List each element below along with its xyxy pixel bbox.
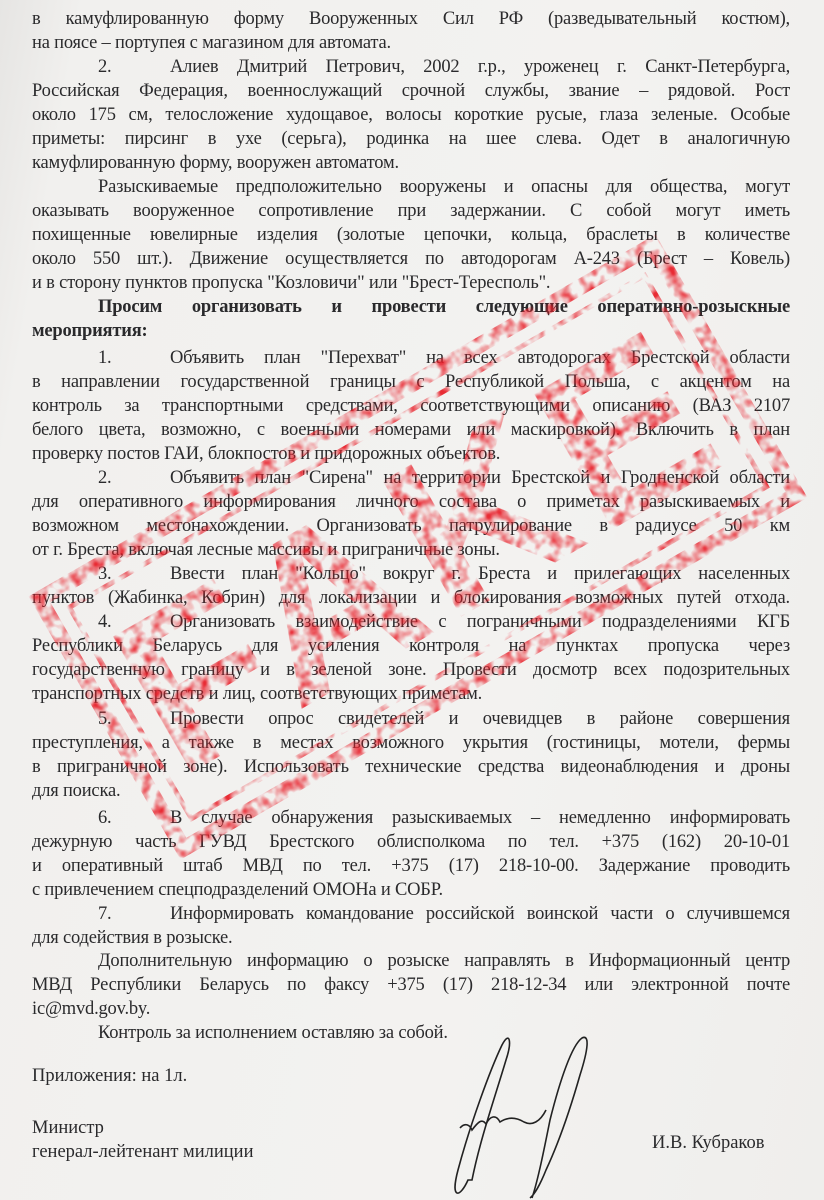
signatory-title: Министр [32, 1116, 104, 1140]
numbered-paragraph-line: 2.Алиев Дмитрий Петрович, 2002 г.р., уро… [32, 56, 790, 78]
document-text-line: Дополнительную информацию о розыске напр… [32, 950, 790, 972]
document-text-line: приметы: пирсинг в ухе (серьга), родинка… [32, 128, 790, 150]
document-text-line: для содействия в розыске. [32, 927, 790, 949]
document-text-line: около 175 см, телосложение худощавое, во… [32, 104, 790, 126]
numbered-paragraph-line: 6.В случае обнаружения разыскиваемых – н… [32, 807, 790, 829]
document-text-line: ic@mvd.gov.by. [32, 998, 790, 1020]
document-text-line: Разыскиваемые предположительно вооружены… [32, 176, 790, 198]
document-text-line: в камуфлированную форму Вооруженных Сил … [32, 8, 790, 30]
list-number: 2. [98, 56, 170, 78]
document-text-line: с привлечением спецподразделений ОМОНа и… [32, 879, 790, 901]
document-text-line: Контроль за исполнением оставляю за собо… [32, 1022, 790, 1044]
signatory-rank: генерал-лейтенант милиции [32, 1140, 254, 1164]
document-text-line: камуфлированную форму, вооружен автомато… [32, 152, 790, 174]
document-text-line: Российская Федерация, военнослужащий сро… [32, 80, 790, 102]
list-number: 2. [98, 467, 170, 489]
document-text-line: оказывать вооруженное сопротивление при … [32, 200, 790, 222]
attachments-note: Приложения: на 1л. [32, 1064, 187, 1088]
document-text-line: дежурную часть ГУВД Брестского облисполк… [32, 831, 790, 853]
document-text-line: похищенные ювелирные изделия (золотые це… [32, 224, 790, 246]
list-number: 7. [98, 903, 170, 925]
numbered-paragraph-line: 7.Информировать командование российской … [32, 903, 790, 925]
document-text-line: около 550 шт.). Движение осуществляется … [32, 248, 790, 270]
line-text: Алиев Дмитрий Петрович, 2002 г.р., уроже… [170, 57, 790, 77]
document-text-line: МВД Республики Беларусь по факсу +375 (1… [32, 974, 790, 996]
line-text: Информировать командование российской во… [170, 904, 790, 924]
signatory-name: И.В. Кубраков [652, 1131, 764, 1155]
handwritten-signature [420, 1030, 600, 1200]
document-text-line: и оперативный штаб МВД по тел. +375 (17)… [32, 855, 790, 877]
list-number: 1. [98, 347, 170, 369]
document-text-line: на поясе – портупея с магазином для авто… [32, 32, 790, 54]
